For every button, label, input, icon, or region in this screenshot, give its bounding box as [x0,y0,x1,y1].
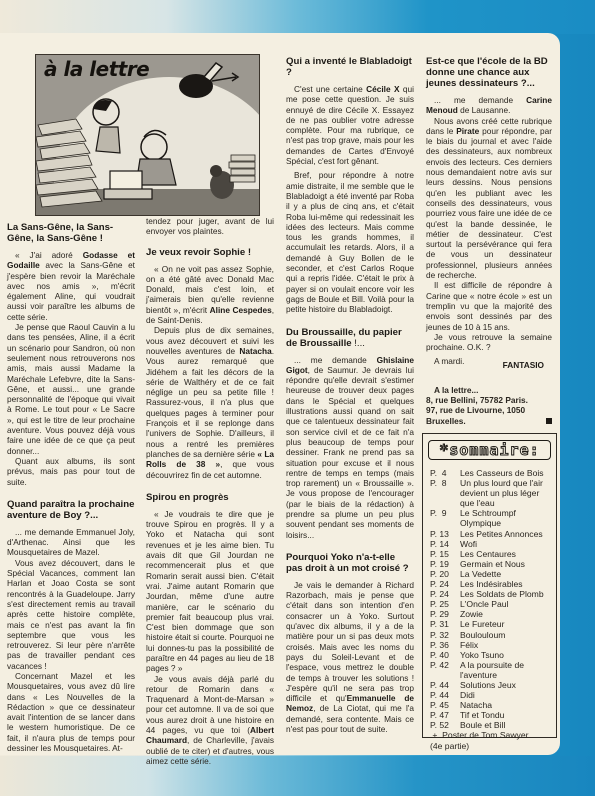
section-title: Pourquoi Yoko n'a-t-elle pas droit à un … [286,552,414,574]
column-2: tendez pour juger, avant de lui envoyer … [146,216,274,766]
sommaire-item: P. 15Les Centaures [423,549,556,559]
sommaire-page-number: P. 52 [430,720,460,730]
sommaire-item-title: Le Schtroumpf Olympique [460,508,556,528]
end-mark-icon [546,418,552,424]
sommaire-item-title: Les Centaures [460,549,556,559]
sommaire-item: P. 19Germain et Nous [423,559,556,569]
sommaire-item: P. 4Les Casseurs de Bois [423,468,556,478]
sommaire-page-number: P. 15 [430,549,460,559]
sommaire-item-title: Didi [460,690,556,700]
sommaire-page-number: P. 47 [430,710,460,720]
sommaire-box: *sommaire: P. 4Les Casseurs de BoisP. 8U… [422,433,557,738]
section-title: La Sans-Gêne, la Sans-Gêne, la Sans-Gêne… [7,222,135,244]
paragraph: « On ne voit pas assez Sophie, on a été … [146,264,274,326]
paragraph: Depuis plus de dix semaines, vous avez d… [146,325,274,479]
sommaire-item: P. 32Boulouloum [423,630,556,640]
sommaire-item: P. 36Félix [423,640,556,650]
sommaire-page-number: P. 13 [430,529,460,539]
section-title: Spirou en progrès [146,492,274,503]
sommaire-item-title: Les Indésirables [460,579,556,589]
paragraph: « Je voudrais te dire que je trouve Spir… [146,509,274,674]
sommaire-item: P. 13Les Petites Annonces [423,529,556,539]
paragraph: Concernant Mazel et les Mousquetaires, v… [7,671,135,753]
section-title: Je veux revoir Sophie ! [146,247,274,258]
sommaire-item-title: Germain et Nous [460,559,556,569]
sommaire-page-number: P. 9 [430,508,460,528]
signature-block: A mardi. FANTASIO [426,356,552,370]
illustration-title: à la lettre [44,57,149,81]
sommaire-item: P. 8Un plus lourd que l'air devient un p… [423,478,556,508]
top-color-band [0,0,595,34]
sommaire-list: P. 4Les Casseurs de BoisP. 8Un plus lour… [423,468,556,730]
header-illustration: à la lettre [35,54,260,216]
sommaire-item-title: Félix [460,640,556,650]
bottom-color-band [0,756,595,796]
paragraph: Je vous avais déjà parlé du retour de Ro… [146,674,274,767]
section-title: Quand paraîtra la prochaine aventure de … [7,499,135,521]
sommaire-item-title: Le Fureteur [460,619,556,629]
paragraph: ... me demande Ghislaine Gigot, de Saumu… [286,355,414,540]
paragraph: Nous avons créé cette rubrique dans le P… [426,116,552,281]
paragraph: tendez pour juger, avant de lui envoyer … [146,216,274,237]
paragraph: Je vais le demander à Richard Razorbach,… [286,580,414,734]
sommaire-item-title: La Vedette [460,569,556,579]
sommaire-item: P. 52Boule et Bill [423,720,556,730]
sommaire-page-number: P. 20 [430,569,460,579]
paragraph: C'est une certaine Cécile X qui me pose … [286,84,414,166]
sommaire-item-title: Les Petites Annonces [460,529,556,539]
paragraph: Vous avez découvert, dans le Spécial Vac… [7,558,135,671]
sommaire-item-title: Natacha [460,700,556,710]
sommaire-item-title: Yoko Tsuno [460,650,556,660]
paragraph: Bref, pour répondre à notre amie distrai… [286,170,414,314]
paragraph: « J'ai adoré Godasse et Godaille avec la… [7,250,135,322]
sommaire-item: P. 47Tif et Tondu [423,710,556,720]
sommaire-page-number: P. 44 [430,680,460,690]
sommaire-page-number: P. 32 [430,630,460,640]
sommaire-item: P. 31Le Fureteur [423,619,556,629]
sommaire-item-title: Les Casseurs de Bois [460,468,556,478]
sommaire-item-title: A la poursuite de l'aventure [460,660,556,680]
sommaire-page-number: P. 42 [430,660,460,680]
sommaire-page-number: P. 24 [430,579,460,589]
sommaire-page-number: P. 40 [430,650,460,660]
paragraph: Il est difficile de répondre à Carine qu… [426,280,552,331]
sommaire-title: *sommaire: [428,440,551,460]
sommaire-item-title: Tif et Tondu [460,710,556,720]
sommaire-page-number: P. 25 [430,599,460,609]
sommaire-page-number: P. 36 [430,640,460,650]
sommaire-item-title: Solutions Jeux [460,680,556,690]
section-title: Qui a inventé le Blabladoigt ? [286,56,414,78]
sommaire-item: P. 9Le Schtroumpf Olympique [423,508,556,528]
sommaire-page-number: P. 45 [430,700,460,710]
paragraph: Je vous retrouve la semaine prochaine. O… [426,332,552,353]
sommaire-item-title: Les Soldats de Plomb [460,589,556,599]
sommaire-item: P. 29Zowie [423,609,556,619]
sommaire-page-number: P. 19 [430,559,460,569]
sommaire-item: P. 24Les Indésirables [423,579,556,589]
column-4: Est-ce que l'école de la BD donne une ch… [426,56,552,426]
sommaire-page-number: P. 8 [430,478,460,508]
section-title: Est-ce que l'école de la BD donne une ch… [426,56,552,89]
sommaire-item: P. 14Wofi [423,539,556,549]
paragraph: Je pense que Raoul Cauvin a lu dans tes … [7,322,135,456]
sommaire-item-title: Un plus lourd que l'air devient un plus … [460,478,556,508]
column-3: Qui a inventé le Blabladoigt ? C'est une… [286,56,414,734]
sommaire-item: P. 24Les Soldats de Plomb [423,589,556,599]
paragraph: ... me demande Emmanuel Joly, d'Arthenac… [7,527,135,558]
sommaire-item-title: Wofi [460,539,556,549]
sommaire-item: P. 25L'Oncle Paul [423,599,556,609]
sommaire-item-title: L'Oncle Paul [460,599,556,609]
sommaire-page-number: P. 29 [430,609,460,619]
sommaire-page-number: P. 44 [430,690,460,700]
sommaire-page-number: P. 14 [430,539,460,549]
sommaire-item: P. 40Yoko Tsuno [423,650,556,660]
sommaire-item-title: Boule et Bill [460,720,556,730]
postal-address: A la lettre... 8, rue Bellini, 75782 Par… [426,385,552,426]
sommaire-item: P. 45Natacha [423,700,556,710]
column-1: La Sans-Gêne, la Sans-Gêne, la Sans-Gêne… [7,222,135,753]
sommaire-page-number: P. 31 [430,619,460,629]
sommaire-extra: + Poster de Tom Sawyer (4e partie) [423,730,556,750]
section-title: Du Broussaille, du papier de Broussaille… [286,327,414,349]
sommaire-item-title: Zowie [460,609,556,619]
sommaire-item: P. 44Didi [423,690,556,700]
signature: FANTASIO [503,360,552,370]
sommaire-item: P. 44Solutions Jeux [423,680,556,690]
sommaire-page-number: P. 4 [430,468,460,478]
sommaire-item: P. 20La Vedette [423,569,556,579]
paragraph: ... me demande Carine Menoud de Lausanne… [426,95,552,116]
sommaire-page-number: P. 24 [430,589,460,599]
sommaire-item: P. 42A la poursuite de l'aventure [423,660,556,680]
signoff: A mardi. [426,356,464,370]
paragraph: Quant aux albums, ils sont prévus, mais … [7,456,135,487]
sommaire-item-title: Boulouloum [460,630,556,640]
